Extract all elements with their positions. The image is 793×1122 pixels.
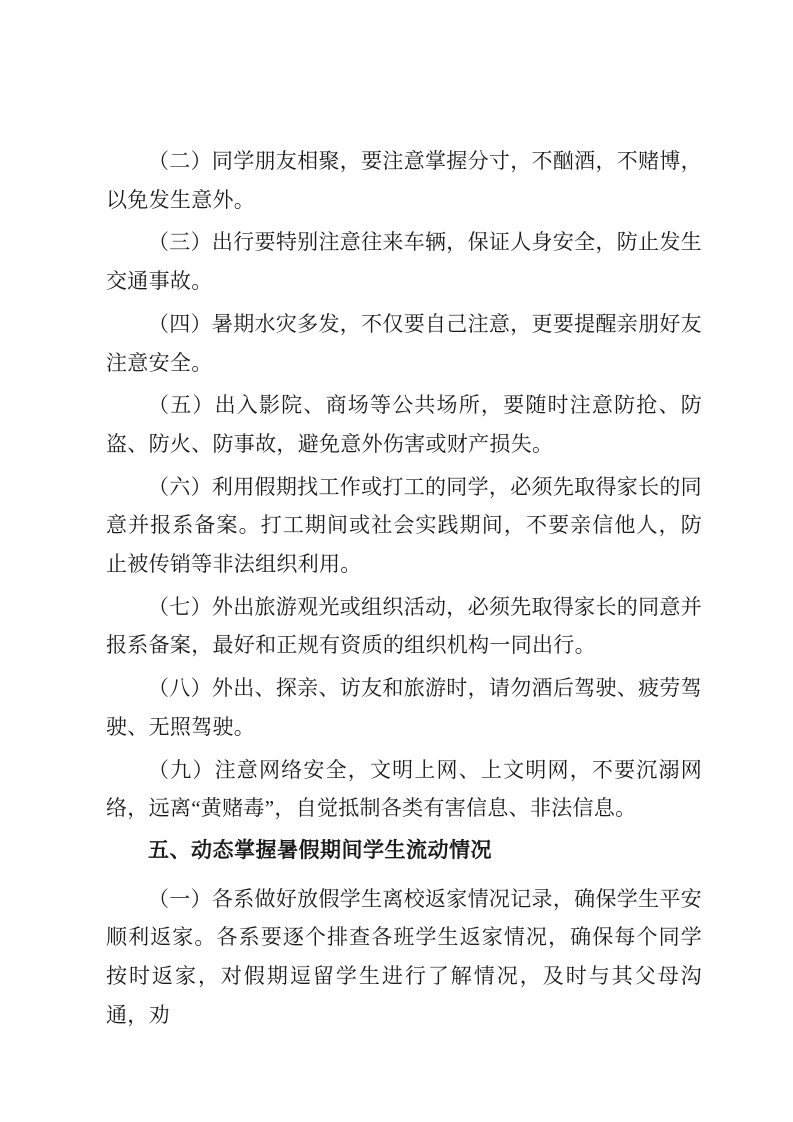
paragraph: （九）注意网络安全，文明上网、上文明网，不要沉溺网络，远离“黄赌毒”，自觉抵制各…	[106, 751, 702, 828]
paragraph: （二）同学朋友相聚，要注意掌握分寸，不酗酒，不赌博，以免发生意外。	[106, 142, 702, 219]
paragraph: （五）出入影院、商场等公共场所，要随时注意防抢、防盗、防火、防事故，避免意外伤害…	[106, 386, 702, 463]
paragraph: （一）各系做好放假学生离校返家情况记录，确保学生平安顺利返家。各系要逐个排查各班…	[106, 880, 702, 1035]
paragraph: （三）出行要特别注意往来车辆，保证人身安全，防止发生交通事故。	[106, 223, 702, 300]
paragraph: （七）外出旅游观光或组织活动，必须先取得家长的同意并报系备案，最好和正规有资质的…	[106, 588, 702, 665]
paragraph: （八）外出、探亲、访友和旅游时，请勿酒后驾驶、疲劳驾驶、无照驾驶。	[106, 669, 702, 746]
document-body-text: （二）同学朋友相聚，要注意掌握分寸，不酗酒，不赌博，以免发生意外。（三）出行要特…	[106, 142, 702, 1038]
section-heading: 五、动态掌握暑假期间学生流动情况	[106, 832, 702, 871]
paragraph: （四）暑期水灾多发，不仅要自己注意，更要提醒亲朋好友注意安全。	[106, 305, 702, 382]
document-page: （二）同学朋友相聚，要注意掌握分寸，不酗酒，不赌博，以免发生意外。（三）出行要特…	[0, 0, 793, 1122]
paragraph: （六）利用假期找工作或打工的同学，必须先取得家长的同意并报系备案。打工期间或社会…	[106, 468, 702, 584]
